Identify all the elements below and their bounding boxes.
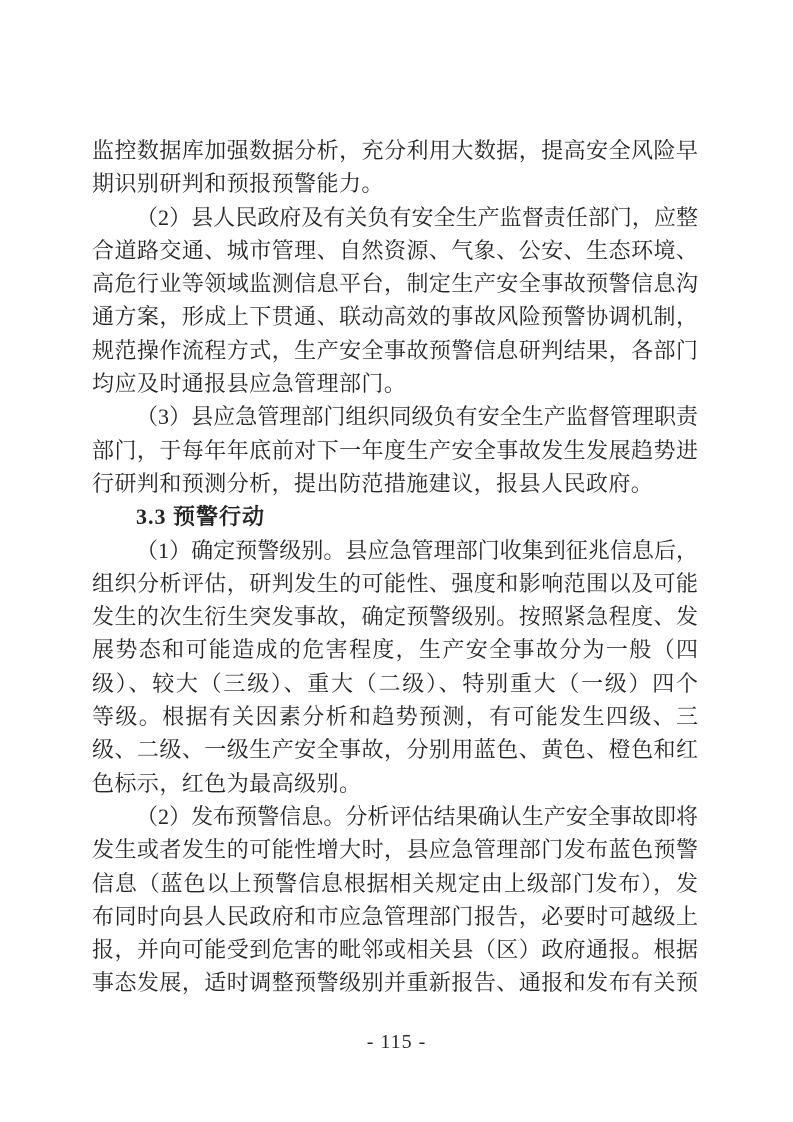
text-line: 合道路交通、城市管理、自然资源、气象、公安、生态环境、 [92, 234, 698, 267]
text-line: 布同时向县人民政府和市应急管理部门报告，必要时可越级上 [92, 900, 698, 933]
text-line: 均应及时通报县应急管理部门。 [92, 367, 698, 400]
text-line: 发生或者发生的可能性增大时，县应急管理部门发布蓝色预警 [92, 833, 698, 866]
text-line: 部门，于每年年底前对下一年度生产安全事故发生发展趋势进 [92, 434, 698, 467]
text-line: 事态发展，适时调整预警级别并重新报告、通报和发布有关预 [92, 966, 698, 999]
text-line: 行研判和预测分析，提出防范措施建议，报县人民政府。 [92, 467, 698, 500]
text-line: 信息（蓝色以上预警信息根据相关规定由上级部门发布），发 [92, 867, 698, 900]
text-line: 报，并向可能受到危害的毗邻或相关县（区）政府通报。根据 [92, 933, 698, 966]
page-number: - 115 - [0, 1030, 793, 1054]
text-line: 期识别研判和预报预警能力。 [92, 167, 698, 200]
text-line: （3）县应急管理部门组织同级负有安全生产监督管理职责 [92, 400, 698, 433]
text-line: 级、二级、一级生产安全事故，分别用蓝色、黄色、橙色和红 [92, 733, 698, 766]
text-line: （2）发布预警信息。分析评估结果确认生产安全事故即将 [92, 800, 698, 833]
text-line: 高危行业等领域监测信息平台，制定生产安全事故预警信息沟 [92, 267, 698, 300]
text-line: 组织分析评估，研判发生的可能性、强度和影响范围以及可能 [92, 567, 698, 600]
document-page: 监控数据库加强数据分析，充分利用大数据，提高安全风险早 期识别研判和预报预警能力… [0, 0, 793, 1122]
text-line: 展势态和可能造成的危害程度，生产安全事故分为一般（四 [92, 633, 698, 666]
document-body: 监控数据库加强数据分析，充分利用大数据，提高安全风险早 期识别研判和预报预警能力… [92, 134, 698, 1000]
text-line: 发生的次生衍生突发事故，确定预警级别。按照紧急程度、发 [92, 600, 698, 633]
text-line: 级）、较大（三级）、重大（二级）、特别重大（一级）四个 [92, 667, 698, 700]
text-line: （2）县人民政府及有关负有安全生产监督责任部门，应整 [92, 201, 698, 234]
text-line: 监控数据库加强数据分析，充分利用大数据，提高安全风险早 [92, 134, 698, 167]
text-line: 通方案，形成上下贯通、联动高效的事故风险预警协调机制， [92, 300, 698, 333]
text-line: （1）确定预警级别。县应急管理部门收集到征兆信息后， [92, 534, 698, 567]
text-line: 等级。根据有关因素分析和趋势预测，有可能发生四级、三 [92, 700, 698, 733]
text-line: 色标示，红色为最高级别。 [92, 767, 698, 800]
section-heading-3-3: 3.3 预警行动 [92, 500, 698, 533]
text-line: 规范操作流程方式，生产安全事故预警信息研判结果，各部门 [92, 334, 698, 367]
